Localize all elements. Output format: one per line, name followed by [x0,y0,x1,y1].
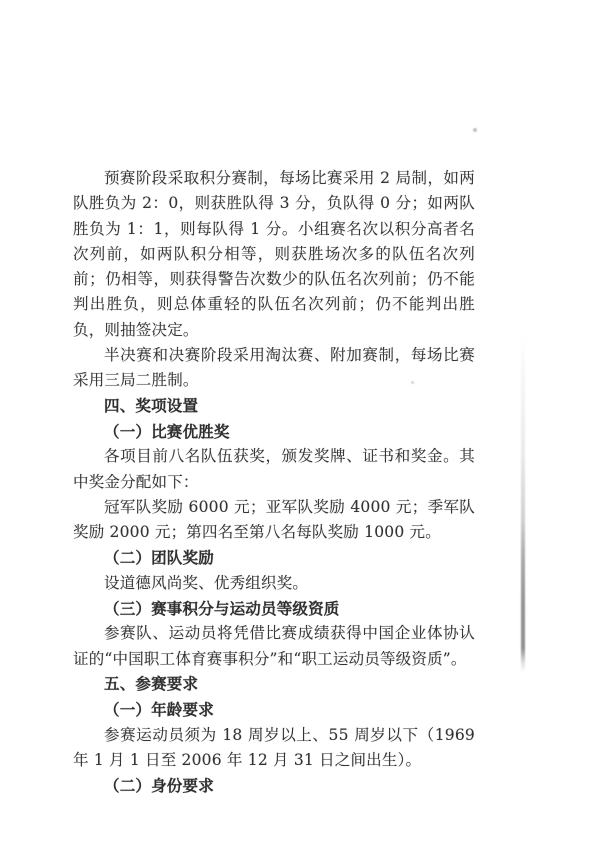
paragraph: 冠军队奖励 6000 元；亚军队奖励 4000 元；季军队奖励 2000 元；第… [73,495,475,546]
section-heading: （二）团队奖励 [73,545,475,570]
scan-speck-artifact [411,381,414,384]
paragraph: 参赛运动员须为 18 周岁以上、55 周岁以下（1969 年 1 月 1 日至 … [73,723,475,774]
section-heading: 五、参赛要求 [73,672,475,697]
section-heading: 四、奖项设置 [73,394,475,419]
scan-speck-artifact [473,128,477,132]
section-heading: （一）比赛优胜奖 [73,419,475,444]
paragraph: 预赛阶段采取积分赛制，每场比赛采用 2 局制，如两队胜负为 2：0，则获胜队得 … [73,166,475,343]
paragraph: 参赛队、运动员将凭借比赛成绩获得中国企业体协认证的“中国职工体育赛事积分”和“职… [73,621,475,672]
paragraph: 设道德风尚奖、优秀组织奖。 [73,571,475,596]
document-page: 预赛阶段采取积分赛制，每场比赛采用 2 局制，如两队胜负为 2：0，则获胜队得 … [0,0,600,848]
document-text: 预赛阶段采取积分赛制，每场比赛采用 2 局制，如两队胜负为 2：0，则获胜队得 … [73,166,475,798]
paragraph: 半决赛和决赛阶段采用淘汰赛、附加赛制，每场比赛采用三局二胜制。 [73,343,475,394]
section-heading: （三）赛事积分与运动员等级资质 [73,596,475,621]
section-heading: （一）年龄要求 [73,697,475,722]
scan-streak-artifact [521,336,525,672]
paragraph: 各项目前八名队伍获奖，颁发奖牌、证书和奖金。其中奖金分配如下： [73,444,475,495]
section-heading: （二）身份要求 [73,773,475,798]
